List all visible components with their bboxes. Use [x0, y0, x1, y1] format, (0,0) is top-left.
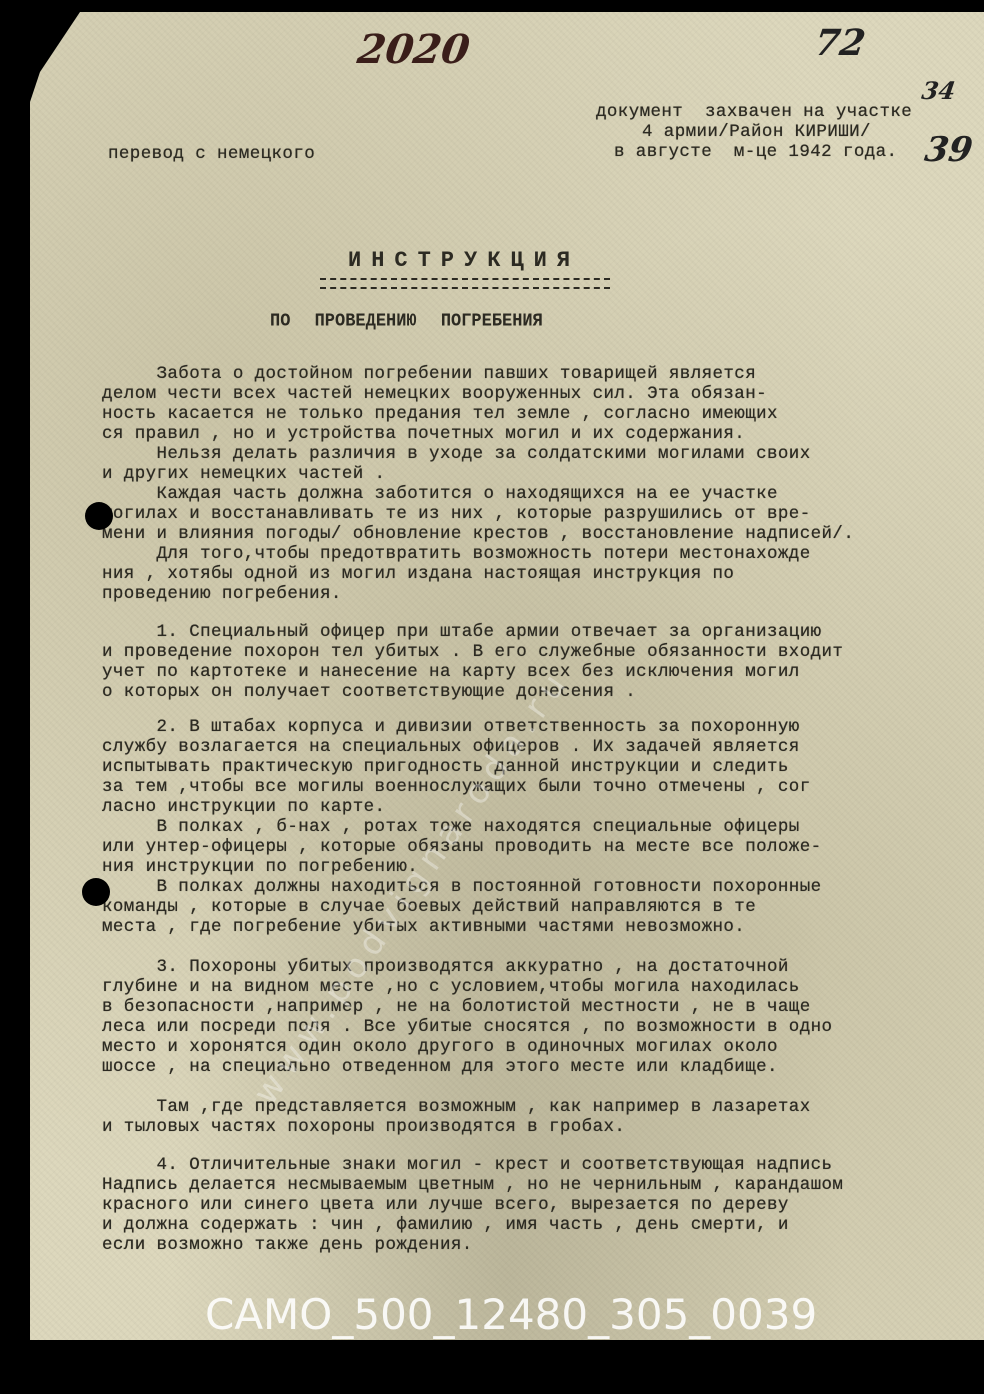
body-text-line: В полках , б-нах , ротах тоже находятся …: [102, 817, 800, 838]
body-text-line: Каждая часть должна заботится о находящи…: [102, 484, 778, 505]
body-text-line: испытывать практическую пригодность данн…: [102, 757, 789, 778]
body-text-line: делом чести всех частей немецких вооруже…: [102, 384, 767, 405]
body-text-line: ся правил , но и устройства почетных мог…: [102, 424, 745, 445]
handwritten-sheet-number-small: 34: [920, 76, 957, 105]
body-text-line: ния инструкции по погребению.: [102, 857, 418, 878]
body-text-line: Нельзя делать различия в уходе за солдат…: [102, 444, 811, 465]
body-text-line: службу возлагается на специальных офицер…: [102, 737, 800, 758]
handwritten-archive-number: 2020: [355, 26, 473, 73]
body-text-line: красного или синего цвета или лучше всег…: [102, 1195, 789, 1216]
body-text-line: места , где погребение убитых активными …: [102, 917, 745, 938]
capture-note-line: в августе м-це 1942 года.: [614, 142, 897, 163]
body-text-line: ность касается не только предания тел зе…: [102, 404, 778, 425]
translation-note: перевод с немецкого: [108, 144, 315, 165]
body-text-line: ния , хотябы одной из могил издана насто…: [102, 564, 734, 585]
body-text-line: и тыловых частях похороны производятся в…: [102, 1117, 625, 1138]
body-text-line: мени и влияния погоды/ обновление кресто…: [102, 524, 854, 545]
body-text-line: учет по картотеке и нанесение на карту в…: [102, 662, 800, 683]
body-text-line: Для того,чтобы предотвратить возможность…: [102, 544, 811, 565]
body-text-line: ласно инструкции по карте.: [102, 797, 385, 818]
body-text-line: Там ,где представляется возможным , как …: [102, 1097, 811, 1118]
body-text-line: и проведение похорон тел убитых . В его …: [102, 642, 843, 663]
body-text-line: и должна содержать : чин , фамилию , имя…: [102, 1215, 789, 1236]
punch-hole: [85, 502, 113, 530]
body-text-line: проведению погребения.: [102, 584, 342, 605]
document-title: ИНСТРУКЦИЯ: [348, 248, 580, 273]
body-text-line: Забота о достойном погребении павших тов…: [102, 364, 756, 385]
punch-hole: [82, 878, 110, 906]
body-text-line: или унтер-офицеры , которые обязаны пров…: [102, 837, 822, 858]
body-text-line: леса или посреди поля . Все убитые снося…: [102, 1017, 832, 1038]
capture-note-line: документ захвачен на участке: [596, 102, 912, 123]
body-text-line: шоссе , на специально отведенном для это…: [102, 1057, 778, 1078]
handwritten-page-number: 39: [922, 130, 975, 170]
document-subtitle: ПО ПРОВЕДЕНИЮ ПОГРЕБЕНИЯ: [270, 311, 543, 332]
body-text-line: 3. Похороны убитых производятся аккуратн…: [102, 957, 789, 978]
body-text-line: если возможно также день рождения.: [102, 1235, 473, 1256]
body-text-line: 1. Специальный офицер при штабе армии от…: [102, 622, 822, 643]
body-text-line: о которых он получает соответствующие до…: [102, 682, 636, 703]
archive-code-overlay: CAMO_500_12480_305_0039: [205, 1290, 817, 1339]
capture-note-line: 4 армии/Район КИРИШИ/: [642, 122, 871, 143]
body-text-line: место и хоронятся один около другого в о…: [102, 1037, 778, 1058]
handwritten-sheet-number: 72: [812, 22, 868, 64]
body-text-line: могилах и восстанавливать те из них , ко…: [102, 504, 811, 525]
body-text-line: Надпись делается несмываемым цветным , н…: [102, 1175, 843, 1196]
document-page: 2020 72 34 39 перевод с немецкого докуме…: [30, 12, 984, 1340]
body-text-line: команды , которые в случае боевых действ…: [102, 897, 756, 918]
body-text-line: в безопасности ,например , не на болотис…: [102, 997, 811, 1018]
body-text-line: и других немецких частей .: [102, 464, 385, 485]
body-text-line: за тем ,чтобы все могилы военнослужащих …: [102, 777, 811, 798]
title-underline: [320, 278, 610, 289]
body-text-line: 2. В штабах корпуса и дивизии ответствен…: [102, 717, 800, 738]
body-text-line: В полках должны находиться в постоянной …: [102, 877, 822, 898]
body-text-line: 4. Отличительные знаки могил - крест и с…: [102, 1155, 832, 1176]
body-text-line: глубине и на видном месте ,но с условием…: [102, 977, 800, 998]
